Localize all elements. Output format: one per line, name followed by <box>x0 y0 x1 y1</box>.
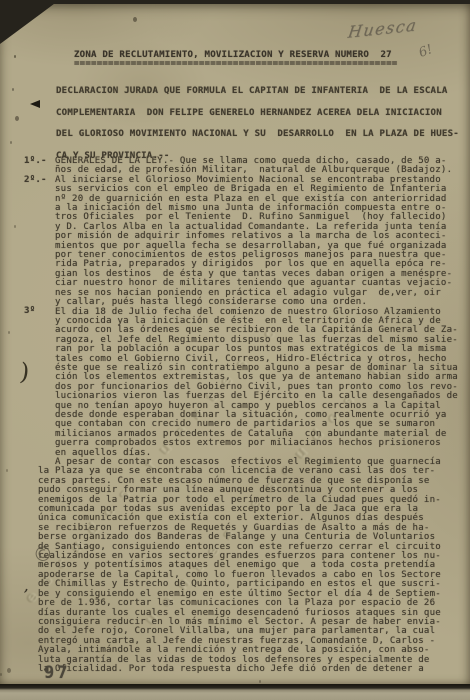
closing-paragraph: A pesar de contar con escasos efectivos … <box>38 458 441 674</box>
numbered-items-text: GENERALES DE LA LEY.- Que se llama como … <box>55 157 458 458</box>
underlying-sheet-edge <box>0 684 470 700</box>
item-1-text: GENERALES DE LA LEY.- Que se llama como … <box>55 157 458 176</box>
text-line: DECLARACION JURADA QUE FORMULA EL CAPITA… <box>56 81 459 103</box>
scanned-document: e s c u d o s f u e n t e s c u e n t e … <box>0 0 470 700</box>
text-line: DEL GLORIOSO MOVIMIENTO NACIONAL Y SU DE… <box>56 124 459 146</box>
text-line: COMPLEMENTARIA DON FELIPE GENERELO HERNA… <box>56 103 459 125</box>
text-line: la Oficialidad. Por toda respuesta dicho… <box>38 665 441 674</box>
title-underline: ========================================… <box>74 60 397 69</box>
item-2-marker: 2º.- <box>24 176 47 185</box>
item-3-marker: 3º <box>24 307 35 316</box>
page-number: 97 <box>44 663 70 683</box>
item-2-text: Al iniciarse el Glorioso Movimiento Naci… <box>55 176 458 308</box>
declaration-heading: DECLARACION JURADA QUE FORMULA EL CAPITA… <box>56 81 459 167</box>
paper-specks <box>14 55 16 58</box>
item-1-marker: 1º.- <box>24 157 47 166</box>
margin-arrow-icon <box>30 100 40 108</box>
item-3-text: El dia 18 de Julio fecha del comienzo de… <box>55 308 458 459</box>
